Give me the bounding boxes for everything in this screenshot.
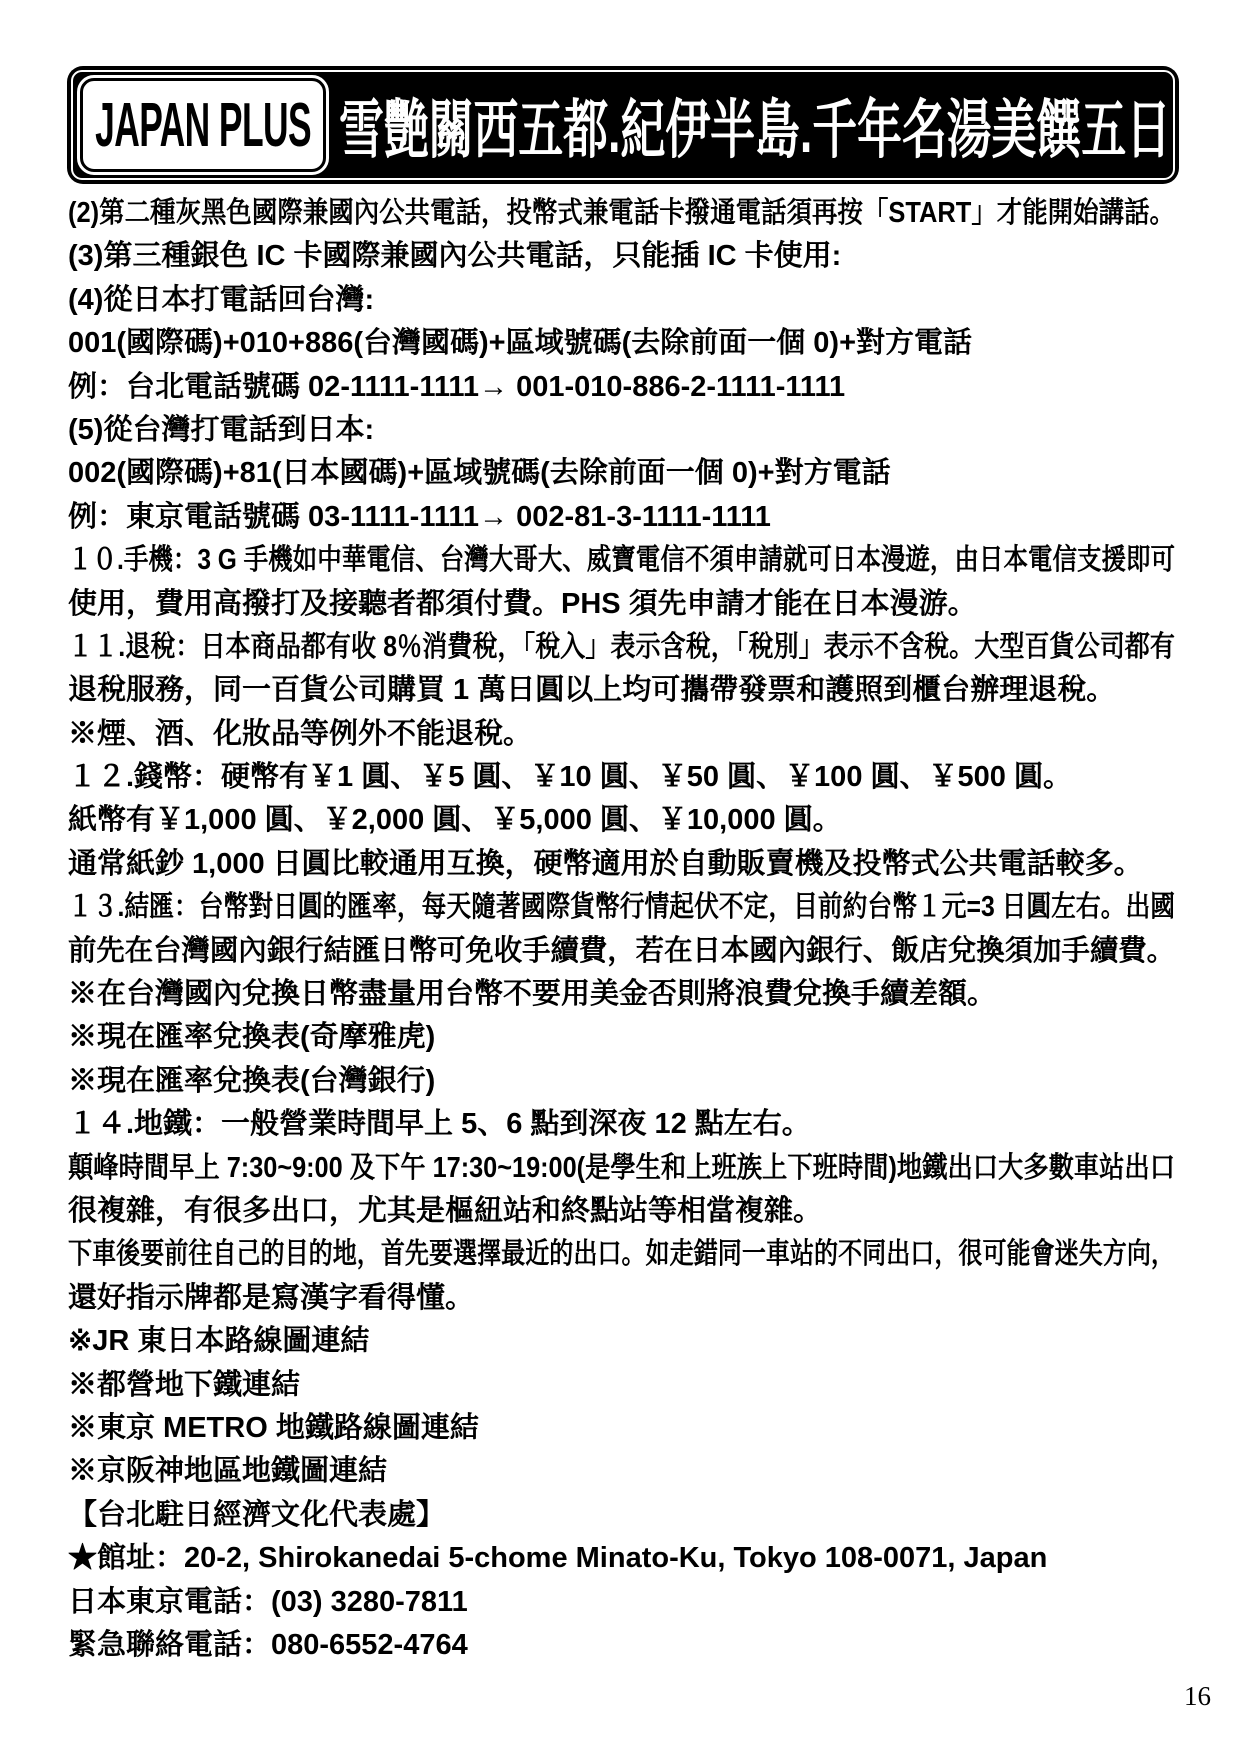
text-line: １３.結匯：台幣對日圓的匯率，每天隨著國際貨幣行情起伏不定，目前約台幣１元=3 … xyxy=(68,886,1175,929)
logo-text: JAPAN PLUS xyxy=(95,90,311,161)
document-body: (2)第二種灰黑色國際兼國內公共電話，投幣式兼電話卡撥通電話須再按「START」… xyxy=(68,192,1175,1667)
text-line: (3)第三種銀色 IC 卡國際兼國內公共電話，只能插 IC 卡使用: xyxy=(68,235,1175,278)
text-line: 例：東京電話號碼 03-1111-1111→ 002-81-3-1111-111… xyxy=(68,496,1175,539)
text-line-content: １２.錢幣：硬幣有￥1 圓、￥5 圓、￥10 圓、￥50 圓、￥100 圓、￥5… xyxy=(68,756,1072,799)
text-line: ※JR 東日本路線圖連結 xyxy=(68,1320,1175,1363)
text-line: 下車後要前往自己的目的地，首先要選擇最近的出口。如走錯同一車站的不同出口，很可能… xyxy=(68,1233,1175,1276)
text-line: 前先在台灣國內銀行結匯日幣可免收手續費，若在日本國內銀行、飯店兌換須加手續費。 xyxy=(68,930,1175,973)
text-line-content: ★館址：20-2, Shirokanedai 5-chome Minato-Ku… xyxy=(68,1537,1047,1580)
text-line-content: １３.結匯：台幣對日圓的匯率，每天隨著國際貨幣行情起伏不定，目前約台幣１元=3 … xyxy=(68,886,1175,929)
header-banner: JAPAN PLUS 雪艷關西五都.紀伊半島.千年名湯美饌五日 xyxy=(67,66,1179,184)
text-line: ※煙、酒、化妝品等例外不能退稅。 xyxy=(68,713,1175,756)
text-line-content: 【台北駐日經濟文化代表處】 xyxy=(68,1494,445,1537)
text-line-content: (3)第三種銀色 IC 卡國際兼國內公共電話，只能插 IC 卡使用: xyxy=(68,235,841,278)
text-line-content: 使用，費用高撥打及接聽者都須付費。PHS 須先申請才能在日本漫游。 xyxy=(68,583,977,626)
text-line: １１.退稅：日本商品都有收 8％消費稅，「稅入」表示含稅，「稅別」表示不含稅。大… xyxy=(68,626,1175,669)
text-line-content: (4)從日本打電話回台灣: xyxy=(68,279,374,322)
text-line-content: １４.地鐵：一般營業時間早上 5、6 點到深夜 12 點左右。 xyxy=(68,1103,811,1146)
text-line: 顛峰時間早上 7:30~9:00 及下午 17:30~19:00(是學生和上班族… xyxy=(68,1147,1175,1190)
text-line-content: 例：東京電話號碼 03-1111-1111→ 002-81-3-1111-111… xyxy=(68,496,771,539)
text-line: ※現在匯率兌換表(台灣銀行) xyxy=(68,1060,1175,1103)
text-line-content: 顛峰時間早上 7:30~9:00 及下午 17:30~19:00(是學生和上班族… xyxy=(68,1147,1175,1190)
text-line-content: ※都營地下鐵連結 xyxy=(68,1364,300,1407)
text-line-content: 前先在台灣國內銀行結匯日幣可免收手續費，若在日本國內銀行、飯店兌換須加手續費。 xyxy=(68,930,1175,973)
text-line-content: 例：台北電話號碼 02-1111-1111→ 001-010-886-2-111… xyxy=(68,366,845,409)
text-line-content: 002(國際碼)+81(日本國碼)+區域號碼(去除前面一個 0)+對方電話 xyxy=(68,452,891,495)
text-line-content: ※現在匯率兌換表(台灣銀行) xyxy=(68,1060,435,1103)
text-line: １０.手機：3 G 手機如中華電信、台灣大哥大、威寶電信不須申請就可日本漫遊，由… xyxy=(68,539,1175,582)
text-line: 還好指示牌都是寫漢字看得懂。 xyxy=(68,1277,1175,1320)
page-title-text: 雪艷關西五都.紀伊半島.千年名湯美饌五日 xyxy=(339,79,1171,171)
japan-plus-logo: JAPAN PLUS xyxy=(74,72,332,178)
text-line: 使用，費用高撥打及接聽者都須付費。PHS 須先申請才能在日本漫游。 xyxy=(68,583,1175,626)
text-line: ※現在匯率兌換表(奇摩雅虎) xyxy=(68,1016,1175,1059)
document-page: JAPAN PLUS 雪艷關西五都.紀伊半島.千年名湯美饌五日 (2)第二種灰黑… xyxy=(0,0,1241,1755)
text-line: 很複雜，有很多出口，尤其是樞紐站和終點站等相當複雜。 xyxy=(68,1190,1175,1233)
text-line: (5)從台灣打電話到日本: xyxy=(68,409,1175,452)
text-line-content: 還好指示牌都是寫漢字看得懂。 xyxy=(68,1277,474,1320)
text-line: 通常紙鈔 1,000 日圓比較通用互換，硬幣適用於自動販賣機及投幣式公共電話較多… xyxy=(68,843,1175,886)
text-line-content: (5)從台灣打電話到日本: xyxy=(68,409,374,452)
text-line: 日本東京電話：(03) 3280-7811 xyxy=(68,1581,1175,1624)
text-line-content: 下車後要前往自己的目的地，首先要選擇最近的出口。如走錯同一車站的不同出口，很可能… xyxy=(68,1233,1175,1276)
text-line-content: 很複雜，有很多出口，尤其是樞紐站和終點站等相當複雜。 xyxy=(68,1190,822,1233)
text-line-content: ※京阪神地區地鐵圖連結 xyxy=(68,1450,387,1493)
text-line-content: ※JR 東日本路線圖連結 xyxy=(68,1320,369,1363)
text-line: ※在台灣國內兌換日幣盡量用台幣不要用美金否則將浪費兌換手續差額。 xyxy=(68,973,1175,1016)
text-line-content: 退稅服務，同一百貨公司購買 1 萬日圓以上均可攜帶發票和護照到櫃台辦理退稅。 xyxy=(68,669,1115,712)
text-line-content: 001(國際碼)+010+886(台灣國碼)+區域號碼(去除前面一個 0)+對方… xyxy=(68,322,972,365)
text-line: (4)從日本打電話回台灣: xyxy=(68,279,1175,322)
text-line: １２.錢幣：硬幣有￥1 圓、￥5 圓、￥10 圓、￥50 圓、￥100 圓、￥5… xyxy=(68,756,1175,799)
text-line-content: １０.手機：3 G 手機如中華電信、台灣大哥大、威寶電信不須申請就可日本漫遊，由… xyxy=(68,539,1175,582)
page-title: 雪艷關西五都.紀伊半島.千年名湯美饌五日 xyxy=(339,66,1169,184)
text-line-content: ※東京 METRO 地鐵路線圖連結 xyxy=(68,1407,479,1450)
text-line-content: 通常紙鈔 1,000 日圓比較通用互換，硬幣適用於自動販賣機及投幣式公共電話較多… xyxy=(68,843,1143,886)
text-line: 001(國際碼)+010+886(台灣國碼)+區域號碼(去除前面一個 0)+對方… xyxy=(68,322,1175,365)
text-line-content: 日本東京電話：(03) 3280-7811 xyxy=(68,1581,468,1624)
text-line: ★館址：20-2, Shirokanedai 5-chome Minato-Ku… xyxy=(68,1537,1175,1580)
text-line: 退稅服務，同一百貨公司購買 1 萬日圓以上均可攜帶發票和護照到櫃台辦理退稅。 xyxy=(68,669,1175,712)
text-line: 【台北駐日經濟文化代表處】 xyxy=(68,1494,1175,1537)
text-line-content: ※現在匯率兌換表(奇摩雅虎) xyxy=(68,1016,435,1059)
text-line: 緊急聯絡電話：080-6552-4764 xyxy=(68,1624,1175,1667)
text-line-content: (2)第二種灰黑色國際兼國內公共電話，投幣式兼電話卡撥通電話須再按「START」… xyxy=(68,192,1175,235)
text-line-content: １１.退稅：日本商品都有收 8％消費稅，「稅入」表示含稅，「稅別」表示不含稅。大… xyxy=(68,626,1175,669)
text-line-content: 緊急聯絡電話：080-6552-4764 xyxy=(68,1624,468,1667)
text-line: ※東京 METRO 地鐵路線圖連結 xyxy=(68,1407,1175,1450)
text-line-content: ※在台灣國內兌換日幣盡量用台幣不要用美金否則將浪費兌換手續差額。 xyxy=(68,973,996,1016)
text-line: ※都營地下鐵連結 xyxy=(68,1364,1175,1407)
page-number: 16 xyxy=(1184,1681,1211,1712)
text-line: 例：台北電話號碼 02-1111-1111→ 001-010-886-2-111… xyxy=(68,366,1175,409)
text-line: ※京阪神地區地鐵圖連結 xyxy=(68,1450,1175,1493)
text-line: (2)第二種灰黑色國際兼國內公共電話，投幣式兼電話卡撥通電話須再按「START」… xyxy=(68,192,1175,235)
text-line-content: ※煙、酒、化妝品等例外不能退稅。 xyxy=(68,713,532,756)
text-line: １４.地鐵：一般營業時間早上 5、6 點到深夜 12 點左右。 xyxy=(68,1103,1175,1146)
text-line: 紙幣有￥1,000 圓、￥2,000 圓、￥5,000 圓、￥10,000 圓。 xyxy=(68,799,1175,842)
text-line-content: 紙幣有￥1,000 圓、￥2,000 圓、￥5,000 圓、￥10,000 圓。 xyxy=(68,799,842,842)
text-line: 002(國際碼)+81(日本國碼)+區域號碼(去除前面一個 0)+對方電話 xyxy=(68,452,1175,495)
